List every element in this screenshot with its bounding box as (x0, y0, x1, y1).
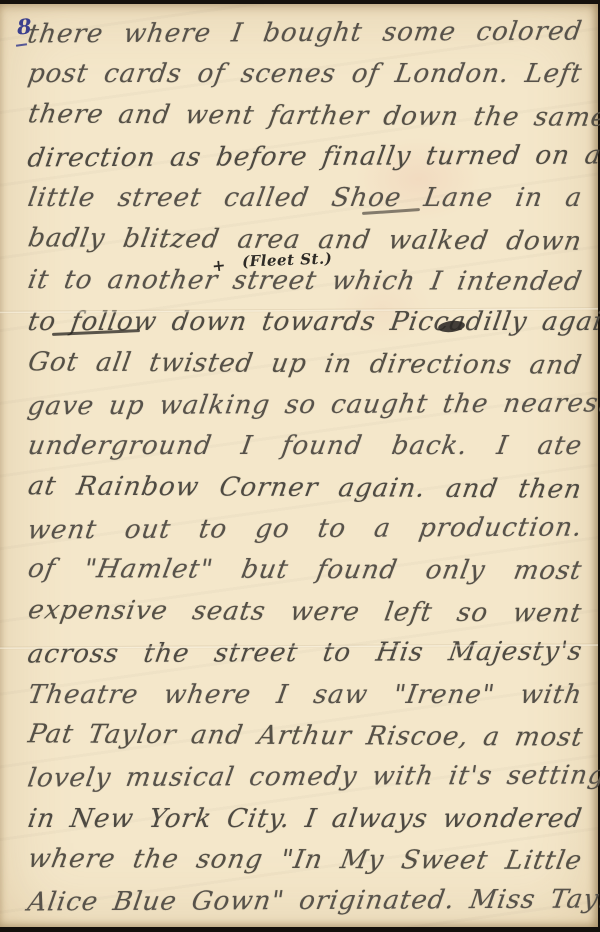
handwritten-line: underground I found back. I ate (25, 426, 586, 467)
handwritten-line: where the song "In My Sweet Little (24, 839, 585, 882)
letter-scan: 8 there where I bought some colored post… (0, 0, 600, 932)
handwritten-line: lovely musical comedy with it's setting (25, 756, 586, 800)
handwritten-line: little street called Shoe Lane in a (25, 178, 586, 219)
handwritten-line: Pat Taylor and Arthur Riscoe, a most (25, 714, 585, 759)
handwritten-line: Got all twisted up in directions and (25, 342, 585, 387)
handwritten-line: across the street to His Majesty's (25, 632, 586, 676)
handwritten-line: of "Hamlet" but found only most (24, 550, 585, 593)
insertion-caret-mark: + (211, 255, 226, 275)
handwritten-line: expensive seats were left so went (25, 590, 585, 635)
handwritten-text-block: there where I bought some colored post c… (28, 13, 582, 923)
handwritten-line: in New York City. I always wondered (25, 799, 586, 840)
letter-paper: 8 there where I bought some colored post… (0, 4, 598, 927)
handwritten-line: to follow down towards Piccadilly again. (25, 302, 586, 343)
handwritten-line: there and went farther down the same (25, 94, 585, 139)
handwritten-line: direction as before finally turned on a (25, 136, 586, 180)
handwritten-line: post cards of scenes of London. Left (25, 54, 586, 95)
handwritten-line: Theatre where I saw "Irene" with (25, 675, 586, 716)
handwritten-line: went out to go to a production. (25, 508, 586, 552)
insertion-note-fleet-st: (Fleet St.) (242, 249, 333, 270)
handwritten-line: gave up walking so caught the nearest (25, 384, 586, 428)
handwritten-line: there where I bought some colored (25, 12, 586, 56)
handwritten-line: at Rainbow Corner again. and then (25, 466, 585, 511)
handwritten-line: Alice Blue Gown" originated. Miss Taylor (25, 880, 586, 924)
